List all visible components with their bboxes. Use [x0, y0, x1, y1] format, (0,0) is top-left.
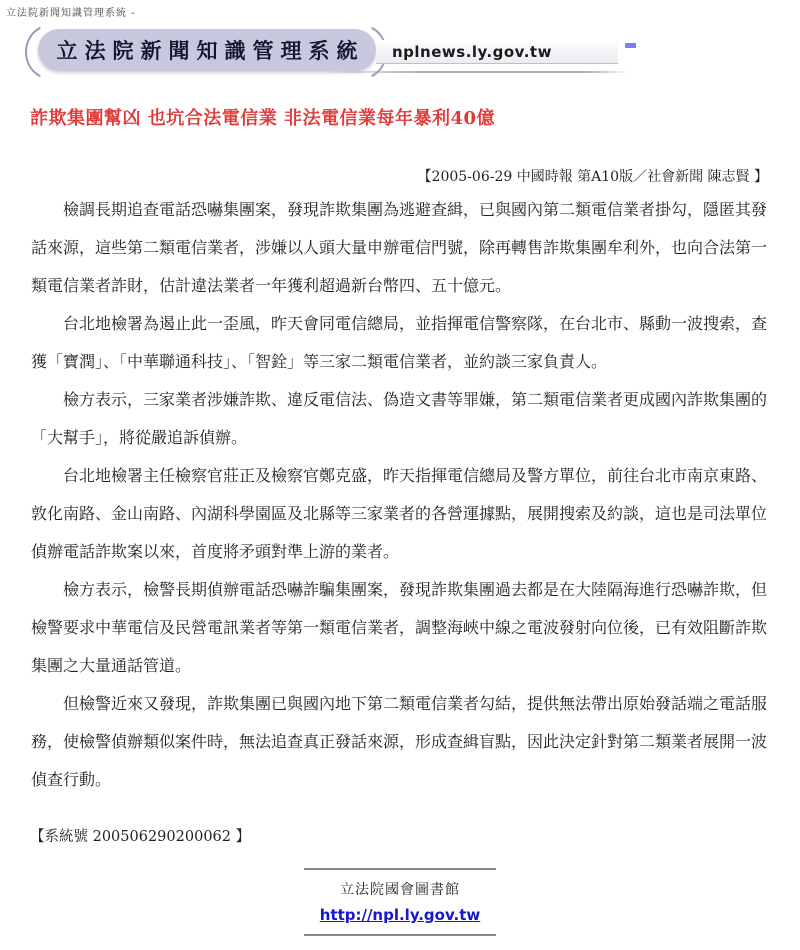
blue-dash-decoration — [625, 43, 636, 48]
page-footer: 立法院國會圖書館 http://npl.ly.gov.tw — [0, 868, 800, 936]
article-paragraph: 台北地檢署主任檢察官莊正及檢察官鄭克盛，昨天指揮電信總局及警方單位，前往台北市南… — [31, 457, 767, 571]
article-body: 檢調長期追查電話恐嚇集團案，發現詐欺集團為逃避查緝，已與國內第二類電信業者掛勾，… — [31, 191, 767, 799]
article-paragraph: 檢調長期追查電話恐嚇集團案，發現詐欺集團為逃避查緝，已與國內第二類電信業者掛勾，… — [31, 191, 767, 305]
footer-top-rule — [304, 868, 496, 870]
banner-underline-decoration — [330, 71, 630, 73]
site-url-text: nplnews.ly.gov.tw — [392, 43, 552, 61]
system-name-pill: 立法院新聞知識管理系統 — [34, 27, 378, 75]
article-paragraph: 台北地檢署為遏止此一歪風，昨天會同電信總局，並指揮電信警察隊，在台北市、縣動一波… — [31, 305, 767, 381]
system-number: 【系統號 200506290200062 】 — [30, 825, 770, 846]
system-name-title: 立法院新聞知識管理系統 — [38, 29, 376, 71]
article-paragraph: 檢方表示，檢警長期偵辦電話恐嚇詐騙集團案，發現詐欺集團過去都是在大陸隔海進行恐嚇… — [31, 571, 767, 685]
article-headline: 詐欺集團幫凶 也坑合法電信業 非法電信業每年暴利40億 — [30, 104, 770, 130]
article-source-line: 【2005-06-29 中國時報 第A10版／社會新聞 陳志賢 】 — [30, 166, 768, 186]
article-paragraph: 檢方表示，三家業者涉嫌詐欺、違反電信法、偽造文書等罪嫌，第二類電信業者更成國內詐… — [31, 381, 767, 457]
site-url-bar: nplnews.ly.gov.tw — [376, 40, 618, 64]
print-page-header: 立法院新聞知識管理系統 - — [6, 4, 136, 19]
footer-npl-link[interactable]: http://npl.ly.gov.tw — [320, 906, 481, 924]
article: 詐欺集團幫凶 也坑合法電信業 非法電信業每年暴利40億 【2005-06-29 … — [0, 96, 800, 846]
footer-bottom-rule — [304, 934, 496, 936]
footer-library-name: 立法院國會圖書館 — [0, 879, 800, 899]
article-paragraph: 但檢警近來又發現，詐欺集團已與國內地下第二類電信業者勾結，提供無法帶出原始發話端… — [31, 685, 767, 799]
site-banner: 立法院新聞知識管理系統 nplnews.ly.gov.tw — [30, 27, 770, 79]
